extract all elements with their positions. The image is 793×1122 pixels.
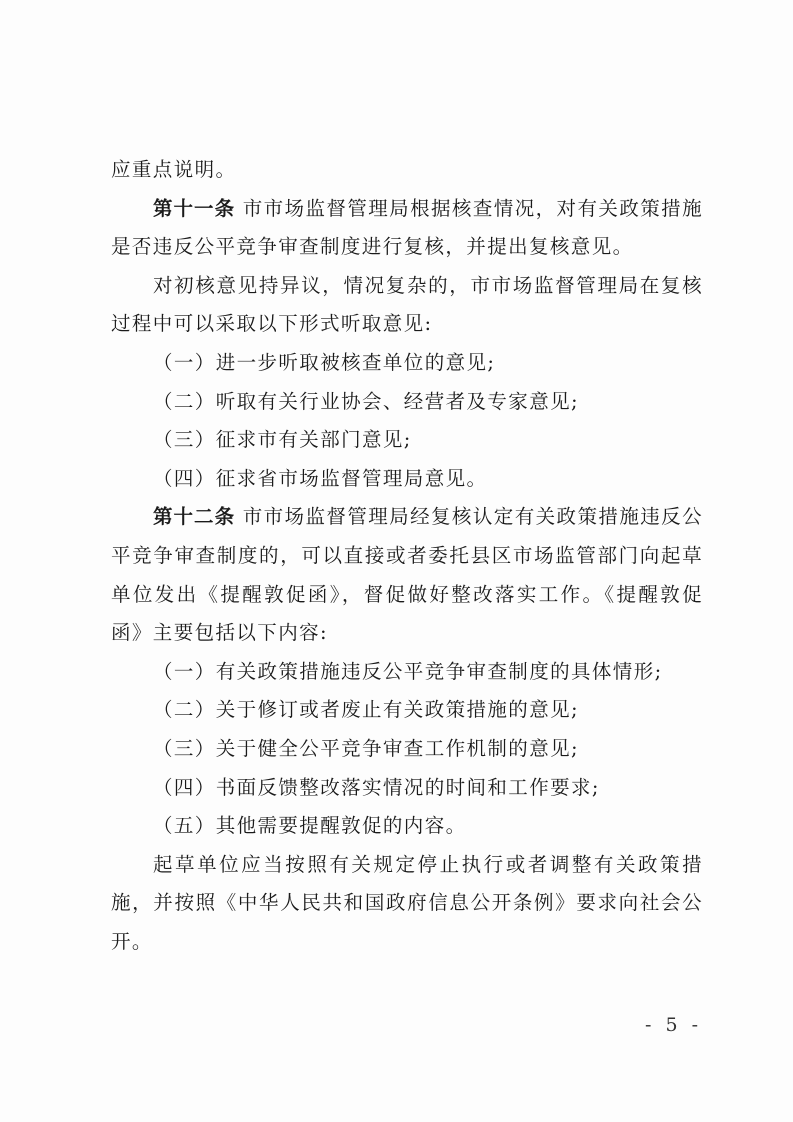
document-page: 应重点说明。 第十一条 市市场监督管理局根据核查情况，对有关政策措施是否违反公平… [0,0,793,1122]
list-item: （三）关于健全公平竞争审查工作机制的意见; [111,730,703,769]
list-item: （一）进一步听取被核查单位的意见; [111,344,703,383]
paragraph-continuation: 应重点说明。 [111,151,703,190]
paragraph-objection: 对初核意见持异议，情况复杂的，市市场监督管理局在复核过程中可以采取以下形式听取意… [111,267,703,344]
list-item: （二）关于修订或者废止有关政策措施的意见; [111,691,703,730]
list-item: （一）有关政策措施违反公平竞争审查制度的具体情形; [111,653,703,692]
list-item: （三）征求市有关部门意见; [111,421,703,460]
list-item: （五）其他需要提醒敦促的内容。 [111,807,703,846]
paragraph-disclosure: 起草单位应当按照有关规定停止执行或者调整有关政策措施，并按照《中华人民共和国政府… [111,846,703,962]
article-11-heading: 第十一条 [153,197,235,220]
page-number: - 5 - [645,1014,702,1036]
article-11: 第十一条 市市场监督管理局根据核查情况，对有关政策措施是否违反公平竞争审查制度进… [111,190,703,267]
list-item: （四）书面反馈整改落实情况的时间和工作要求; [111,769,703,808]
list-item: （二）听取有关行业协会、经营者及专家意见; [111,383,703,422]
article-12-heading: 第十二条 [153,505,235,528]
list-item: （四）征求省市场监督管理局意见。 [111,460,703,499]
document-body: 应重点说明。 第十一条 市市场监督管理局根据核查情况，对有关政策措施是否违反公平… [111,151,703,961]
article-12: 第十二条 市市场监督管理局经复核认定有关政策措施违反公平竞争审查制度的，可以直接… [111,498,703,652]
